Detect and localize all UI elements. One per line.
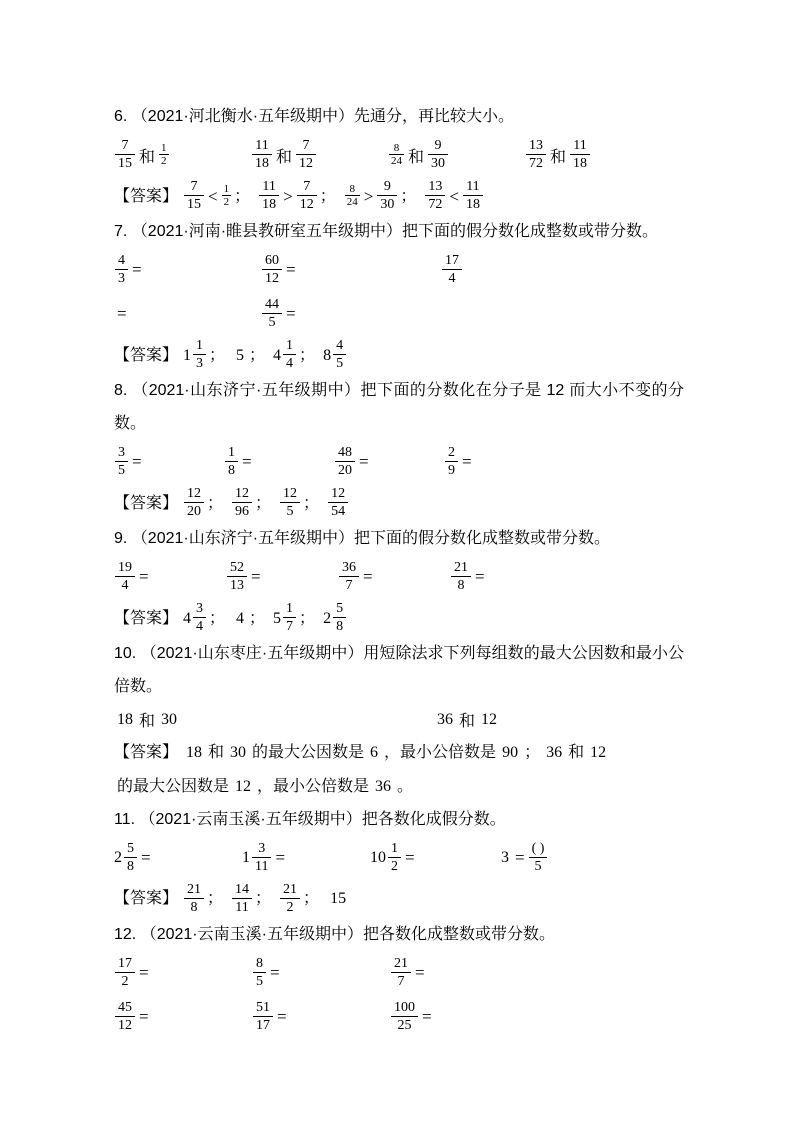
fraction-denominator: 17	[253, 1016, 273, 1034]
fraction-denominator: 5	[529, 857, 548, 875]
fraction-numerator: 4	[115, 253, 128, 269]
fraction-numerator: 5	[124, 841, 137, 857]
operator: =	[270, 963, 280, 983]
exercise-cell: 4512=	[114, 998, 252, 1036]
fraction-wrap: 18	[224, 443, 239, 481]
fraction-numerator: 17	[115, 956, 135, 972]
cjk-text: 的最大公因数是	[117, 770, 229, 803]
separator: ；	[303, 882, 319, 915]
fraction-denominator: 3	[115, 269, 128, 287]
fraction-wrap: 1118	[462, 177, 484, 215]
exercise-cell: 445=	[261, 295, 684, 333]
fraction: 58	[124, 841, 137, 875]
fraction-numerator: 3	[193, 601, 206, 617]
fraction-wrap: 1411	[231, 880, 253, 918]
separator: ；	[209, 602, 225, 635]
fraction: 311	[252, 841, 271, 875]
fraction-denominator: 2	[159, 154, 169, 168]
question-block: 12. （2021·云南玉溪·五年级期中）把各数化成整数或带分数。172=85=…	[114, 918, 684, 1039]
fraction: 5117	[253, 1000, 273, 1034]
exercise-row: 715和121118和712824和9301372和1118	[114, 133, 684, 177]
answer-line: 【答案】218；1411；212；15	[114, 880, 684, 918]
fraction-numerator: 19	[115, 560, 135, 576]
cjk-text: ，最小公倍数是	[384, 736, 496, 769]
fraction: 445	[262, 297, 282, 331]
exercise-cell: 6012=	[261, 251, 441, 289]
fraction: 1411	[232, 882, 252, 916]
fraction-numerator: ( )	[529, 841, 548, 857]
operator: =	[475, 567, 485, 587]
cjk-text: 和	[568, 736, 584, 769]
question-heading: 8. （2021·山东济宁·五年级期中）把下面的分数化在分子是 12 而大小不变…	[114, 374, 684, 440]
fraction-denominator: 18	[259, 195, 279, 213]
exercise-cell: 18和30	[114, 708, 434, 731]
mixed-number: 414	[273, 336, 297, 374]
fraction: 10025	[391, 1000, 418, 1034]
mixed-whole-part: 4	[183, 602, 191, 635]
fraction: 194	[115, 560, 135, 594]
separator: ；	[207, 487, 223, 520]
fraction-denominator: 2	[222, 195, 232, 209]
number-text: 18	[117, 711, 133, 729]
answer-label: 【答案】	[114, 339, 178, 372]
fraction-wrap: 218	[450, 558, 472, 596]
mixed-number: 434	[183, 599, 207, 637]
fraction: 1118	[570, 138, 590, 172]
question-heading: 6. （2021·河北衡水·五年级期中）先通分，再比较大小。	[114, 100, 684, 133]
fraction-denominator: 2	[280, 898, 300, 916]
exercise-row: 4512=5117=10025=	[114, 995, 684, 1039]
fraction-wrap: 824	[388, 140, 405, 170]
fraction: 1296	[232, 486, 252, 520]
fraction-denominator: 5	[333, 354, 346, 372]
fraction-numerator: 60	[262, 253, 282, 269]
fraction: 824	[345, 183, 360, 209]
cjk-text: 和	[139, 144, 155, 167]
fraction: 1118	[259, 179, 279, 213]
fraction-wrap: 125	[279, 484, 301, 522]
mixed-whole-part: 1	[183, 339, 191, 372]
number-text: 3	[501, 849, 509, 867]
fraction-denominator: 4	[283, 354, 296, 372]
operator: =	[139, 963, 149, 983]
operator: =	[139, 1007, 149, 1027]
operator: =	[405, 848, 415, 868]
fraction-denominator: 8	[333, 617, 346, 635]
answer-label: 【答案】	[114, 180, 178, 213]
fraction-numerator: 1	[193, 338, 206, 354]
fraction: 930	[428, 138, 448, 172]
fraction-wrap: 35	[114, 443, 129, 481]
fraction: 125	[280, 486, 300, 520]
fraction-denominator: 5	[262, 313, 282, 331]
fraction: 218	[451, 560, 471, 594]
exercise-row: 18和3036和12	[114, 703, 684, 736]
fraction-denominator: 4	[193, 617, 206, 635]
fraction-denominator: 4	[115, 576, 135, 594]
question-heading: 9. （2021·山东济宁·五年级期中）把下面的假分数化成整数或带分数。	[114, 522, 684, 555]
fraction-wrap: 715	[183, 177, 205, 215]
mixed-whole-part: 5	[273, 602, 281, 635]
fraction: 367	[339, 560, 359, 594]
fraction: 34	[193, 601, 206, 635]
separator: ；	[303, 487, 319, 520]
exercise-cell: 172=	[114, 954, 252, 992]
fraction: 18	[225, 445, 238, 479]
operator: =	[141, 848, 151, 868]
exercise-row: =445=	[114, 292, 684, 336]
fraction: 715	[184, 179, 204, 213]
answer-line: 【答案】18和30的最大公因数是6，最小公倍数是90；36和12的最大公因数是1…	[114, 736, 684, 803]
fraction-wrap: 1118	[251, 136, 273, 174]
fraction-denominator: 24	[389, 154, 404, 168]
fraction-denominator: 12	[115, 1016, 135, 1034]
fraction: 13	[193, 338, 206, 372]
fraction-wrap: 1220	[183, 484, 205, 522]
exercise-cell: 217=	[390, 954, 684, 992]
fraction-wrap: 1372	[424, 177, 446, 215]
fraction: 715	[115, 138, 135, 172]
fraction: 712	[297, 179, 317, 213]
fraction-denominator: 12	[296, 154, 316, 172]
fraction-denominator: 72	[526, 154, 546, 172]
separator: ；	[249, 339, 265, 372]
operator: =	[462, 452, 472, 472]
exercise-cell: 1372和1118	[525, 136, 684, 174]
fraction-numerator: 4	[333, 338, 346, 354]
separator: ；	[299, 339, 315, 372]
fraction-numerator: 36	[339, 560, 359, 576]
fraction-denominator: 12	[262, 269, 282, 287]
fraction: 45	[333, 338, 346, 372]
cjk-text: ，最小公倍数是	[257, 770, 369, 803]
mixed-number: 1012	[370, 839, 402, 877]
mixed-whole-part: 10	[370, 849, 386, 867]
fraction-numerator: 13	[526, 138, 546, 154]
fraction-denominator: 15	[184, 195, 204, 213]
fraction-denominator: 11	[252, 857, 271, 875]
cjk-text: 。	[397, 770, 413, 803]
fraction-wrap: 1118	[258, 177, 280, 215]
fraction-numerator: 1	[159, 142, 169, 154]
fraction-wrap: 367	[338, 558, 360, 596]
question-block: 8. （2021·山东济宁·五年级期中）把下面的分数化在分子是 12 而大小不变…	[114, 374, 684, 522]
fraction-numerator: 1	[283, 601, 296, 617]
fraction-numerator: 21	[391, 956, 411, 972]
fraction-denominator: 20	[184, 502, 204, 520]
fraction-numerator: 48	[335, 445, 355, 461]
fraction-wrap: ( )5	[528, 839, 549, 877]
operator: <	[449, 180, 459, 213]
mixed-number: 845	[323, 336, 347, 374]
fraction: 12	[159, 142, 169, 168]
fraction: 930	[377, 179, 397, 213]
fraction: 1372	[425, 179, 445, 213]
operator: >	[364, 180, 374, 213]
fraction-numerator: 8	[253, 956, 266, 972]
number-text: 5	[236, 339, 244, 372]
fraction-numerator: 21	[280, 882, 300, 898]
fraction-wrap: 212	[279, 880, 301, 918]
question-heading: 10. （2021·山东枣庄·五年级期中）用短除法求下列每组数的最大公因数和最小…	[114, 637, 684, 703]
fraction-numerator: 3	[252, 841, 271, 857]
fraction-denominator: 24	[345, 195, 360, 209]
number-text: 30	[161, 711, 177, 729]
mixed-whole-part: 2	[114, 849, 122, 867]
fraction: 217	[391, 956, 411, 990]
cjk-text: 和	[550, 144, 566, 167]
fraction-wrap: 85	[252, 954, 267, 992]
answer-line: 【答案】113；5；414；845	[114, 336, 684, 374]
fraction: 172	[115, 956, 135, 990]
exercise-cell: 1311=	[242, 839, 370, 877]
fraction-wrap: 930	[427, 136, 449, 174]
number-text: 30	[230, 736, 246, 769]
fraction-numerator: 2	[445, 445, 458, 461]
exercise-cell: 36和12	[434, 708, 684, 731]
number-text: 36	[546, 736, 562, 769]
exercise-cell: 258=	[114, 839, 242, 877]
answer-line: 【答案】1220；1296；125；1254	[114, 484, 684, 522]
fraction: 4820	[335, 445, 355, 479]
mixed-number: 113	[183, 336, 207, 374]
question-block: 11. （2021·云南玉溪·五年级期中）把各数化成假分数。258=1311=1…	[114, 803, 684, 918]
fraction: 85	[253, 956, 266, 990]
operator: =	[117, 304, 127, 324]
operator: =	[139, 567, 149, 587]
cjk-text: 和	[208, 736, 224, 769]
fraction-denominator: 5	[115, 461, 128, 479]
fraction-denominator: 20	[335, 461, 355, 479]
mixed-whole-part: 8	[323, 339, 331, 372]
fraction-denominator: 8	[184, 898, 204, 916]
fraction-wrap: 715	[114, 136, 136, 174]
fraction-wrap: 824	[344, 180, 361, 213]
fraction-denominator: 54	[328, 502, 348, 520]
operator: =	[415, 963, 425, 983]
fraction-wrap: 1372	[525, 136, 547, 174]
fraction-wrap: 4820	[334, 443, 356, 481]
exercise-row: 194=5213=367=218=	[114, 555, 684, 599]
number-text: 4	[236, 602, 244, 635]
fraction-numerator: 7	[184, 179, 204, 195]
exercise-row: 35=18=4820=29=	[114, 440, 684, 484]
fraction: 1118	[463, 179, 483, 213]
fraction-numerator: 44	[262, 297, 282, 313]
fraction-denominator: 12	[297, 195, 317, 213]
separator: ；	[209, 339, 225, 372]
question-block: 7. （2021·河南·睢县教研室五年级期中）把下面的假分数化成整数或带分数。4…	[114, 215, 684, 374]
mixed-whole-part: 1	[242, 849, 250, 867]
fraction: 12	[222, 183, 232, 209]
mixed-whole-part: 4	[273, 339, 281, 372]
separator: ；	[320, 180, 336, 213]
operator: =	[286, 260, 296, 280]
cjk-text: 和	[408, 144, 424, 167]
fraction-denominator: 8	[451, 576, 471, 594]
exercise-row: 43=6012=174	[114, 248, 684, 292]
fraction: 1118	[252, 138, 272, 172]
fraction-denominator: 8	[124, 857, 137, 875]
fraction-numerator: 7	[296, 138, 316, 154]
exercise-cell: 10025=	[390, 998, 684, 1036]
fraction: 218	[184, 882, 204, 916]
fraction-numerator: 11	[252, 138, 272, 154]
fraction-denominator: 96	[232, 502, 252, 520]
exercise-cell: 1118和712	[251, 136, 388, 174]
question-heading: 11. （2021·云南玉溪·五年级期中）把各数化成假分数。	[114, 803, 684, 836]
exercise-cell: 29=	[444, 443, 684, 481]
fraction-wrap: 172	[114, 954, 136, 992]
exercise-cell: 35=	[114, 443, 224, 481]
number-text: 90	[502, 736, 518, 769]
fraction-denominator: 15	[115, 154, 135, 172]
fraction-wrap: 1254	[327, 484, 349, 522]
exercise-cell: 174	[441, 251, 684, 289]
answer-label: 【答案】	[114, 882, 178, 915]
fraction-denominator: 30	[428, 154, 448, 172]
fraction-wrap: 12	[221, 180, 233, 213]
fraction-numerator: 5	[333, 601, 346, 617]
fraction-wrap: 712	[296, 177, 318, 215]
question-heading: 7. （2021·河南·睢县教研室五年级期中）把下面的假分数化成整数或带分数。	[114, 215, 684, 248]
number-text: 12	[590, 736, 606, 769]
fraction-denominator: 8	[225, 461, 238, 479]
fraction-denominator: 13	[227, 576, 247, 594]
operator: <	[208, 180, 218, 213]
fraction-denominator: 18	[252, 154, 272, 172]
mixed-number: 258	[323, 599, 347, 637]
question-block: 6. （2021·河北衡水·五年级期中）先通分，再比较大小。715和121118…	[114, 100, 684, 215]
cjk-text: 的最大公因数是	[252, 736, 364, 769]
exercise-cell: 367=	[338, 558, 450, 596]
answer-label: 【答案】	[114, 736, 178, 769]
fraction-numerator: 1	[225, 445, 238, 461]
separator: ；	[255, 882, 271, 915]
exercise-cell: 3=( )5	[498, 839, 684, 877]
fraction-wrap: 174	[441, 251, 463, 289]
number-text: 36	[375, 770, 391, 803]
fraction: 29	[445, 445, 458, 479]
fraction-numerator: 14	[232, 882, 252, 898]
fraction-numerator: 17	[442, 253, 462, 269]
exercise-cell: =	[114, 304, 261, 324]
fraction-numerator: 21	[451, 560, 471, 576]
exercise-cell: 18=	[224, 443, 334, 481]
fraction-denominator: 18	[463, 195, 483, 213]
fraction: 1372	[526, 138, 546, 172]
fraction-numerator: 7	[115, 138, 135, 154]
fraction-numerator: 7	[297, 179, 317, 195]
fraction-denominator: 18	[570, 154, 590, 172]
fraction: 43	[115, 253, 128, 287]
fraction-numerator: 12	[184, 486, 204, 502]
exercise-cell: 824和930	[388, 136, 525, 174]
answer-line: 【答案】715<12；1118>712；824>930；1372<1118	[114, 177, 684, 215]
exercise-cell: 715和12	[114, 136, 251, 174]
cjk-text: 和	[276, 144, 292, 167]
fraction: 5213	[227, 560, 247, 594]
separator: ；	[207, 882, 223, 915]
number-text: 12	[235, 770, 251, 803]
fraction: 4512	[115, 1000, 135, 1034]
question-block: 10. （2021·山东枣庄·五年级期中）用短除法求下列每组数的最大公因数和最小…	[114, 637, 684, 803]
fraction-denominator: 11	[232, 898, 252, 916]
exercise-cell: 85=	[252, 954, 390, 992]
operator: =	[277, 1007, 287, 1027]
fraction-wrap: 930	[376, 177, 398, 215]
fraction-numerator: 11	[570, 138, 590, 154]
number-text: 12	[481, 711, 497, 729]
fraction-numerator: 8	[389, 142, 404, 154]
number-text: 18	[186, 736, 202, 769]
cjk-text: 和	[139, 708, 155, 731]
fraction: ( )5	[529, 841, 548, 875]
fraction-numerator: 1	[222, 183, 232, 195]
fraction: 6012	[262, 253, 282, 287]
operator: =	[286, 304, 296, 324]
fraction-numerator: 9	[377, 179, 397, 195]
fraction-wrap: 4512	[114, 998, 136, 1036]
fraction: 1254	[328, 486, 348, 520]
worksheet-page: 6. （2021·河北衡水·五年级期中）先通分，再比较大小。715和121118…	[0, 0, 793, 1122]
operator: =	[422, 1007, 432, 1027]
fraction-wrap: 712	[295, 136, 317, 174]
fraction-denominator: 2	[115, 972, 135, 990]
fraction-numerator: 1	[388, 841, 401, 857]
exercise-row: 172=85=217=	[114, 951, 684, 995]
operator: =	[363, 567, 373, 587]
exercise-cell: 194=	[114, 558, 226, 596]
fraction-numerator: 3	[115, 445, 128, 461]
separator: ；	[255, 487, 271, 520]
fraction-numerator: 100	[391, 1000, 418, 1016]
separator: ；	[234, 180, 250, 213]
exercise-cell: 1012=	[370, 839, 498, 877]
exercise-cell: 218=	[450, 558, 684, 596]
separator: ；	[299, 602, 315, 635]
fraction: 824	[389, 142, 404, 168]
fraction-denominator: 7	[391, 972, 411, 990]
fraction-wrap: 10025	[390, 998, 419, 1036]
operator: =	[251, 567, 261, 587]
exercise-cell: 4820=	[334, 443, 444, 481]
fraction-numerator: 11	[259, 179, 279, 195]
fraction-wrap: 6012	[261, 251, 283, 289]
fraction-numerator: 52	[227, 560, 247, 576]
fraction: 14	[283, 338, 296, 372]
fraction-numerator: 45	[115, 1000, 135, 1016]
fraction-numerator: 12	[280, 486, 300, 502]
mixed-whole-part: 2	[323, 602, 331, 635]
fraction-wrap: 43	[114, 251, 129, 289]
fraction-wrap: 445	[261, 295, 283, 333]
worksheet-content: 6. （2021·河北衡水·五年级期中）先通分，再比较大小。715和121118…	[114, 100, 684, 1039]
fraction-wrap: 218	[183, 880, 205, 918]
fraction-wrap: 217	[390, 954, 412, 992]
number-text: 36	[437, 711, 453, 729]
fraction-wrap: 29	[444, 443, 459, 481]
fraction-wrap: 5213	[226, 558, 248, 596]
fraction-numerator: 13	[425, 179, 445, 195]
cjk-text: ；	[524, 736, 540, 769]
fraction: 17	[283, 601, 296, 635]
fraction-wrap: 1296	[231, 484, 253, 522]
fraction: 58	[333, 601, 346, 635]
number-text: 6	[370, 736, 378, 769]
separator: ；	[400, 180, 416, 213]
operator: =	[275, 848, 285, 868]
